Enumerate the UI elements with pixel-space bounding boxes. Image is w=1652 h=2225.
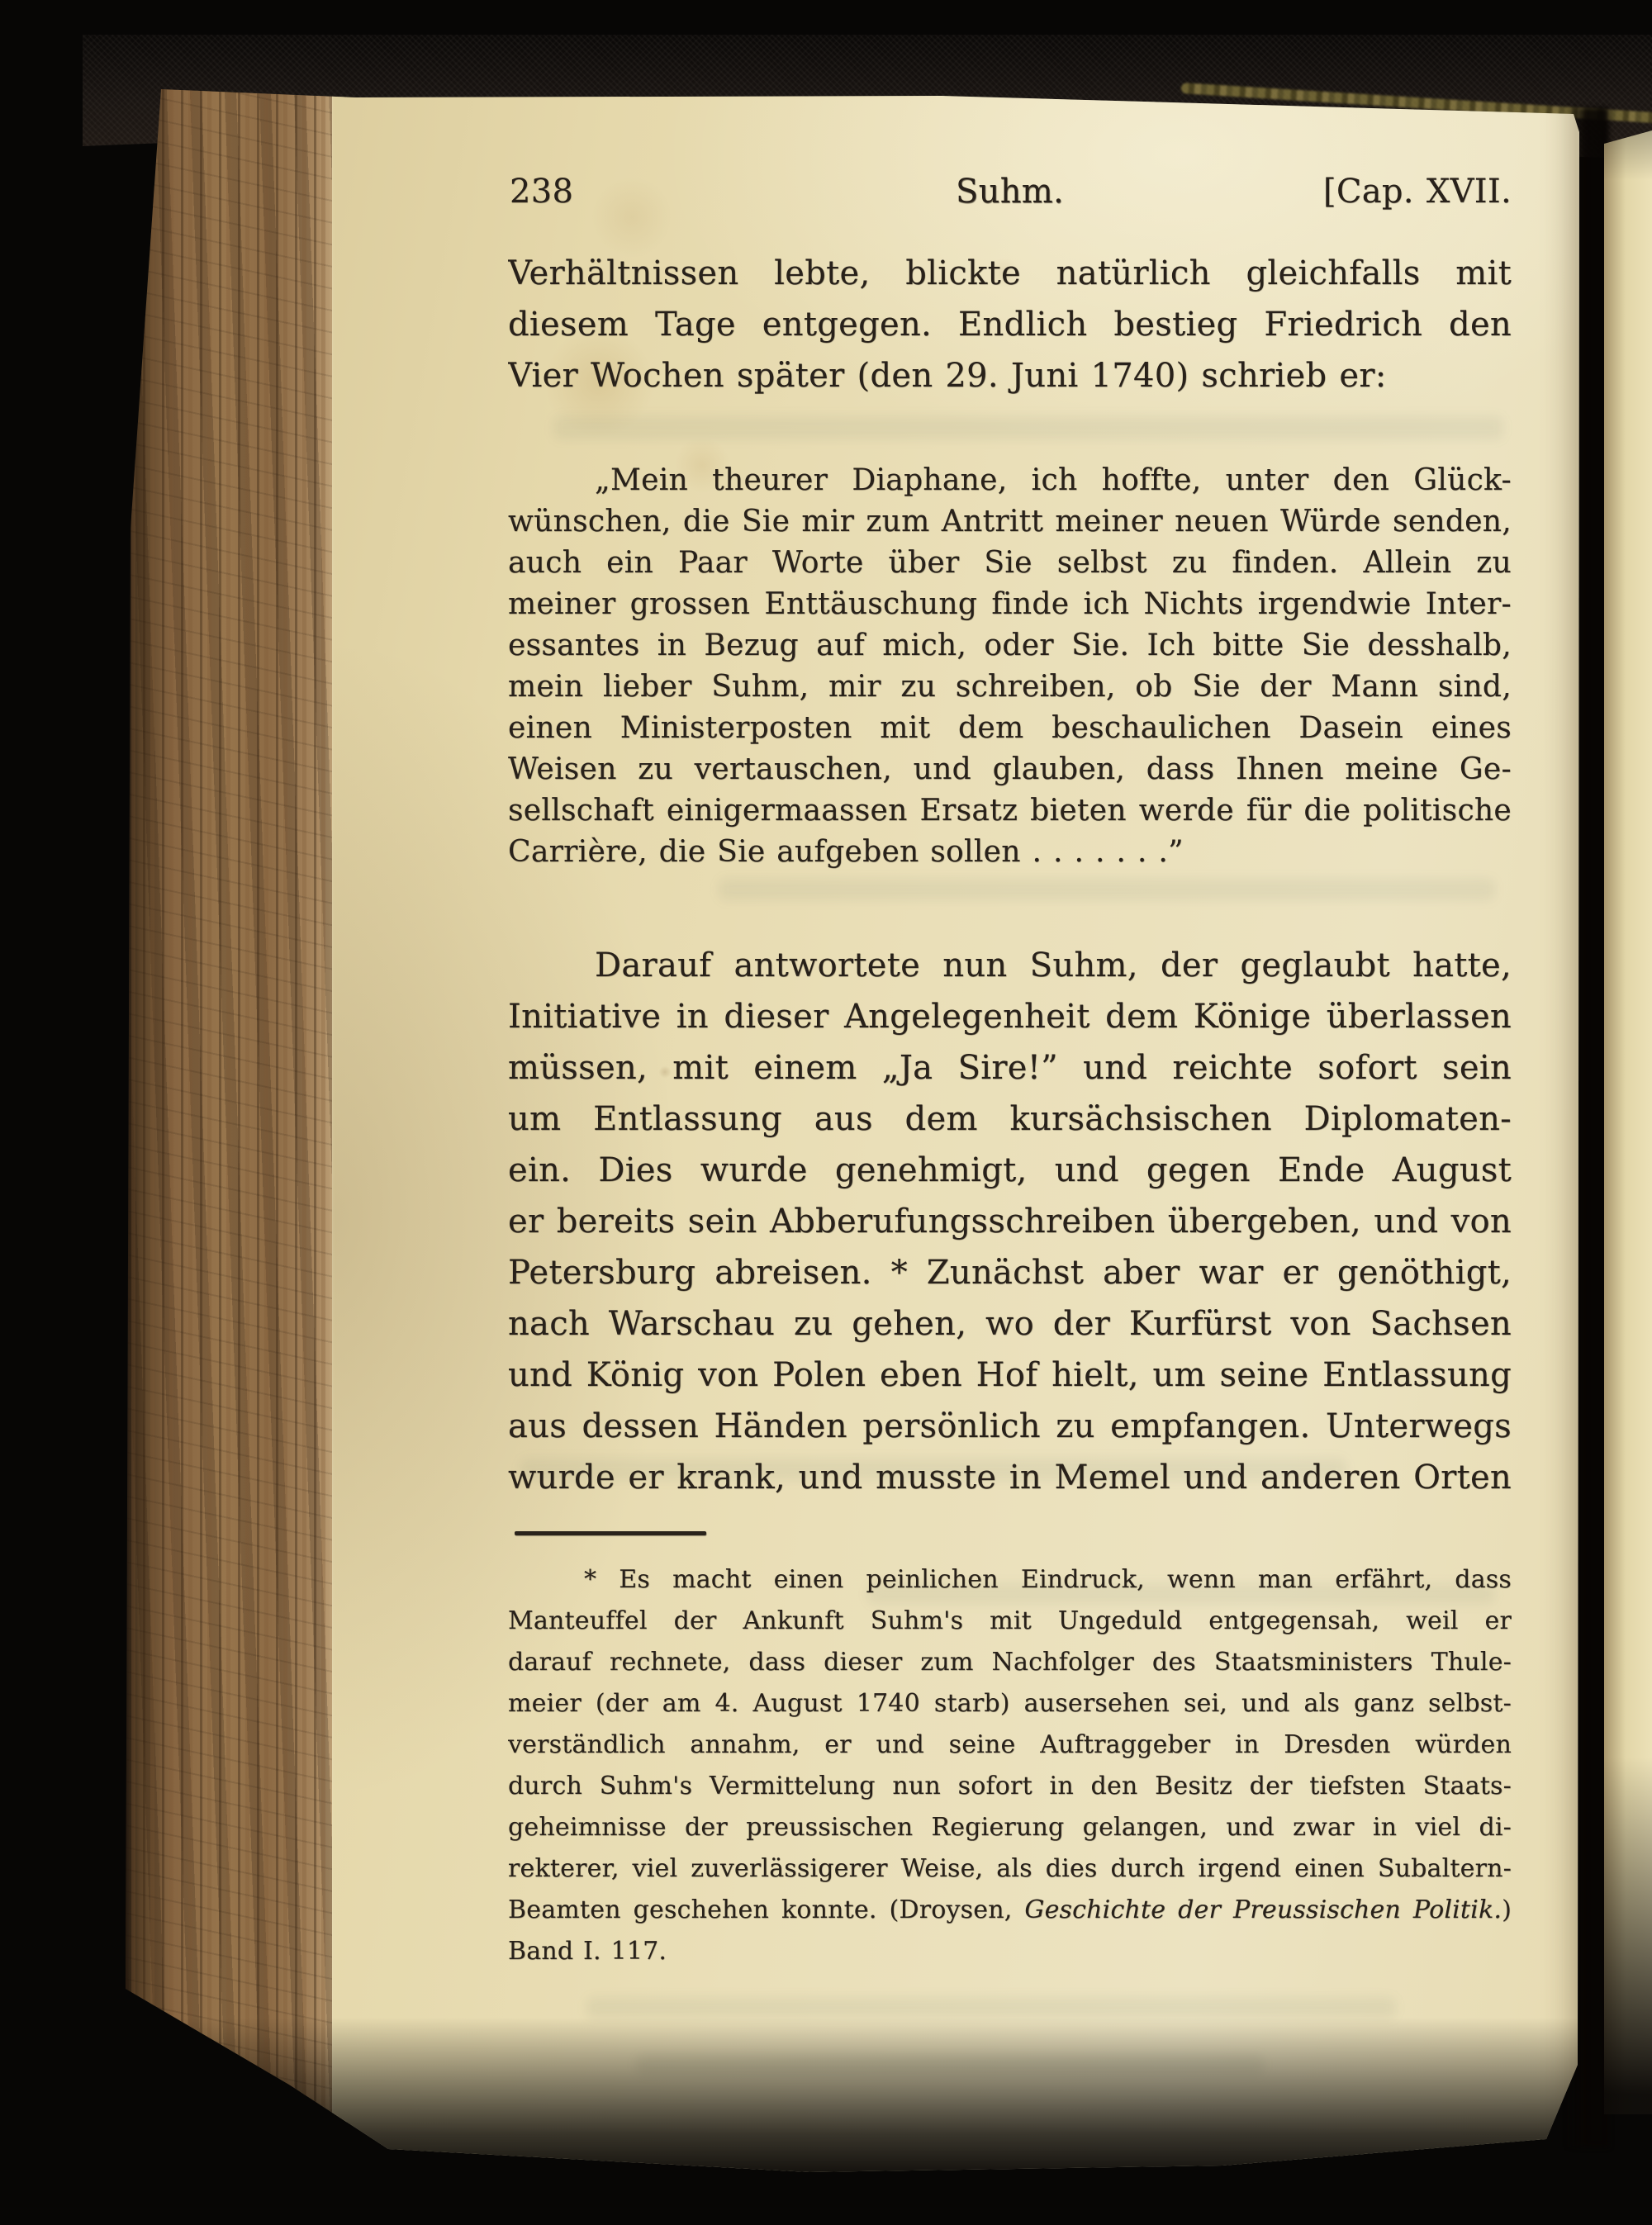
footnote-line: durch Suhm's Vermittelung nun sofort in … (508, 1766, 1512, 1807)
text-line: nach Warschau zu gehen, wo der Kurfürst … (508, 1298, 1512, 1350)
text-line: wünschen, die Sie mir zum Antritt meiner… (508, 501, 1512, 543)
book-page: 238 Suhm. [Cap. XVII. Verhältnissen lebt… (124, 48, 1579, 2177)
letter-quote: „Mein theurer Diaphane, ich hoffte, unte… (508, 460, 1512, 873)
paragraph-second: Darauf antwortete nun Suhm, der geglaubt… (508, 940, 1512, 1503)
text-line: Weisen zu vertauschen, und glauben, dass… (508, 749, 1512, 790)
text-line: wurde er krank, und musste in Memel und … (508, 1452, 1512, 1503)
text-line: Verhältnissen lebte, blickte natürlich g… (508, 248, 1512, 299)
text-line: essantes in Bezug auf mich, oder Sie. Ic… (508, 625, 1512, 667)
page-header: 238 Suhm. [Cap. XVII. (508, 170, 1512, 213)
footnote-line: rekterer, viel zuverlässigerer Weise, al… (508, 1848, 1512, 1890)
text-line: „Mein theurer Diaphane, ich hoffte, unte… (508, 460, 1512, 501)
text-line: ein. Dies wurde genehmigt, und gegen End… (508, 1145, 1512, 1196)
showthrough-smudge (586, 1997, 1396, 2019)
text-line: Petersburg abreisen. * Zunächst aber war… (508, 1247, 1512, 1298)
footnote: * Es macht einen peinlichen Eindruck, we… (508, 1559, 1512, 1972)
footnote-line: geheimnisse der preussischen Regierung g… (508, 1807, 1512, 1848)
text-line: sellschaft einigermaassen Ersatz bieten … (508, 790, 1512, 832)
footnote-line: meier (der am 4. August 1740 starb) ause… (508, 1683, 1512, 1724)
footnote-line: verständlich annahm, er und seine Auftra… (508, 1724, 1512, 1766)
text-line: Darauf antwortete nun Suhm, der geglaubt… (508, 940, 1512, 991)
text-line: einen Ministerposten mit dem beschaulich… (508, 708, 1512, 749)
showthrough-smudge (553, 416, 1503, 439)
text-line: er bereits sein Abberufungsschreiben übe… (508, 1196, 1512, 1247)
footnote-line: * Es macht einen peinlichen Eindruck, we… (508, 1559, 1512, 1601)
paragraph-first: Verhältnissen lebte, blickte natürlich g… (508, 248, 1512, 401)
text-line: aus dessen Händen persönlich zu empfange… (508, 1401, 1512, 1452)
text-line: meiner grossen Enttäuschung finde ich Ni… (508, 584, 1512, 625)
footnote-line: darauf rechnete, dass dieser zum Nachfol… (508, 1642, 1512, 1683)
text-line: Carrière, die Sie aufgeben sollen . . . … (508, 832, 1512, 873)
text-line: mein lieber Suhm, mir zu schreiben, ob S… (508, 667, 1512, 708)
book-scan-photo: 238 Suhm. [Cap. XVII. Verhältnissen lebt… (0, 0, 1652, 2225)
footnote-separator (515, 1531, 706, 1535)
text-line: diesem Tage entgegen. Endlich bestieg Fr… (508, 299, 1512, 350)
chapter-reference: [Cap. XVII. (1323, 170, 1512, 213)
text-line: auch ein Paar Worte über Sie selbst zu f… (508, 543, 1512, 584)
text-line: und König von Polen eben Hof hielt, um s… (508, 1350, 1512, 1401)
text-line: Initiative in dieser Angelegenheit dem K… (508, 991, 1512, 1042)
text-line: Vier Wochen später (den 29. Juni 1740) s… (508, 350, 1512, 401)
page-fore-edge (124, 48, 347, 2177)
footnote-line: Manteuffel der Ankunft Suhm's mit Ungedu… (508, 1601, 1512, 1642)
showthrough-smudge (719, 879, 1495, 900)
text-line: um Entlassung aus dem kursächsischen Dip… (508, 1094, 1512, 1145)
facing-page-edge (1604, 130, 1652, 2114)
text-line: müssen, mit einem „Ja Sire!” und reichte… (508, 1042, 1512, 1094)
citation-italic-title: Geschichte der Preussischen Politik. (1024, 1895, 1502, 1924)
footnote-citation-line: Beamten geschehen konnte. (Droysen, Gesc… (508, 1890, 1512, 1931)
footnote-line: Band I. 117. (508, 1931, 1512, 1972)
showthrough-smudge (636, 2055, 1264, 2075)
citation-post: ) (1502, 1895, 1512, 1924)
citation-pre: Beamten geschehen konnte. (Droysen, (508, 1895, 1024, 1924)
